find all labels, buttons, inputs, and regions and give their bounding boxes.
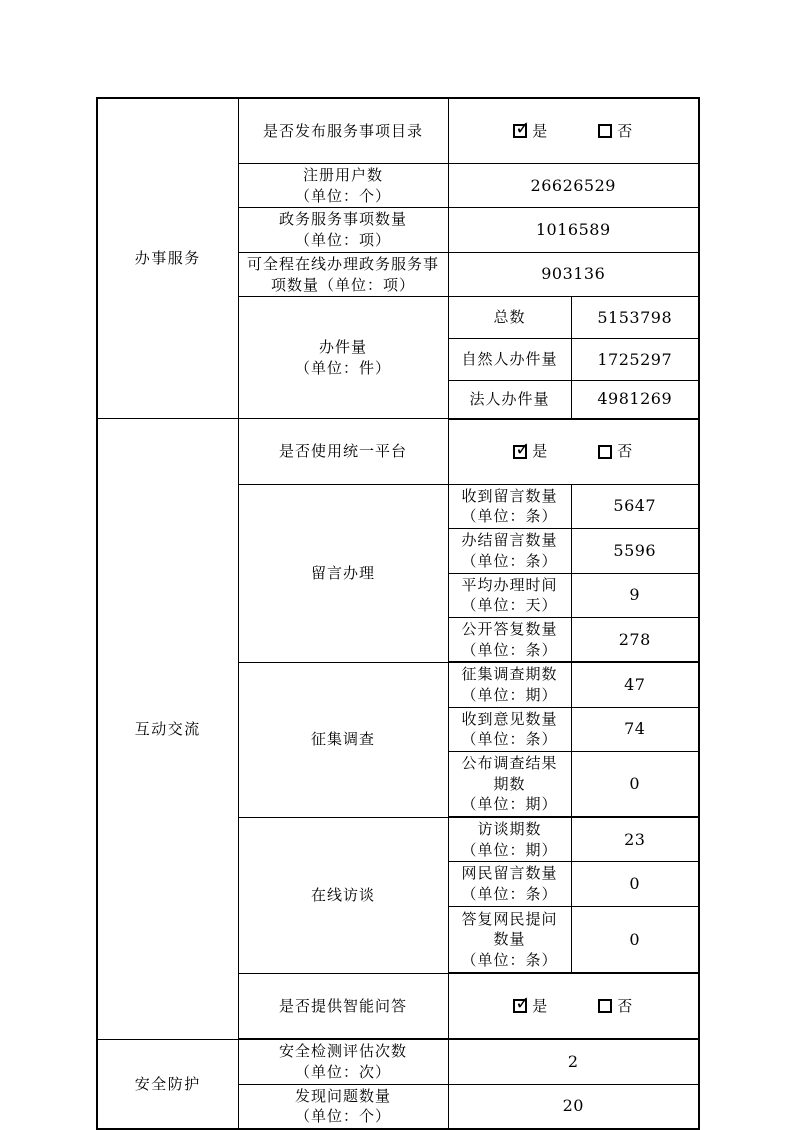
checkbox-no: 否 bbox=[598, 441, 633, 462]
section-category-security: 安全防护 bbox=[97, 1039, 238, 1129]
group-label: 征集调查 bbox=[238, 662, 448, 817]
subrow-value: 0 bbox=[571, 862, 699, 906]
checkbox-yes: ✓ 是 bbox=[513, 996, 548, 1017]
section-category-service: 办事服务 bbox=[97, 98, 238, 419]
check-icon: ✓ bbox=[515, 120, 530, 138]
table-row: 安全防护 安全检测评估次数 （单位：次） 2 bbox=[97, 1039, 699, 1084]
group-label: 留言办理 bbox=[238, 484, 448, 662]
subrow-value: 278 bbox=[571, 617, 699, 662]
subrow-label: 平均办理时间 （单位：天） bbox=[448, 573, 571, 617]
row-value: 26626529 bbox=[448, 164, 699, 208]
subrow-label: 网民留言数量 （单位：条） bbox=[448, 862, 571, 906]
subrow-label: 法人办件量 bbox=[448, 381, 571, 419]
checked-checkbox-icon: ✓ bbox=[513, 999, 527, 1013]
subrow-label: 答复网民提问 数量 （单位：条） bbox=[448, 906, 571, 973]
checkbox-no-label: 否 bbox=[617, 441, 633, 462]
section-category-interaction: 互动交流 bbox=[97, 419, 238, 1040]
row-label: 发现问题数量 （单位：个） bbox=[238, 1084, 448, 1129]
unchecked-checkbox-icon bbox=[598, 999, 612, 1013]
checked-checkbox-icon: ✓ bbox=[513, 124, 527, 138]
subrow-label: 征集调查期数 （单位：期） bbox=[448, 662, 571, 707]
subrow-label: 收到留言数量 （单位：条） bbox=[448, 484, 571, 528]
row-label: 是否发布服务事项目录 bbox=[238, 98, 448, 164]
document-page: 办事服务 是否发布服务事项目录 ✓ 是 否 注册用户数 （单位：个） 26626… bbox=[0, 0, 793, 1122]
unchecked-checkbox-icon bbox=[598, 124, 612, 138]
subrow-value: 1725297 bbox=[571, 339, 699, 381]
row-label: 安全检测评估次数 （单位：次） bbox=[238, 1039, 448, 1084]
checkbox-yes-label: 是 bbox=[532, 996, 548, 1017]
subrow-value: 4981269 bbox=[571, 381, 699, 419]
subrow-value: 0 bbox=[571, 752, 699, 818]
subrow-value: 74 bbox=[571, 707, 699, 751]
row-value: 1016589 bbox=[448, 208, 699, 252]
group-label: 办件量 （单位：件） bbox=[238, 297, 448, 419]
checkbox-yes-label: 是 bbox=[532, 441, 548, 462]
checkbox-cell: ✓ 是 否 bbox=[448, 973, 699, 1039]
table-row: 互动交流 是否使用统一平台 ✓ 是 否 bbox=[97, 419, 699, 485]
checkbox-cell: ✓ 是 否 bbox=[448, 98, 699, 164]
check-icon: ✓ bbox=[515, 995, 530, 1013]
unchecked-checkbox-icon bbox=[598, 445, 612, 459]
subrow-value: 5647 bbox=[571, 484, 699, 528]
row-value: 20 bbox=[448, 1084, 699, 1129]
subrow-label: 收到意见数量 （单位：条） bbox=[448, 707, 571, 751]
subrow-label: 总数 bbox=[448, 297, 571, 339]
subrow-label: 公开答复数量 （单位：条） bbox=[448, 617, 571, 662]
row-value: 903136 bbox=[448, 252, 699, 296]
row-label: 政务服务事项数量 （单位：项） bbox=[238, 208, 448, 252]
row-label: 是否提供智能问答 bbox=[238, 973, 448, 1039]
group-label: 在线访谈 bbox=[238, 817, 448, 973]
subrow-label: 公布调查结果 期数 （单位：期） bbox=[448, 752, 571, 818]
checkbox-yes: ✓ 是 bbox=[513, 441, 548, 462]
checkbox-yes: ✓ 是 bbox=[513, 121, 548, 142]
check-icon: ✓ bbox=[515, 441, 530, 459]
row-label: 注册用户数 （单位：个） bbox=[238, 164, 448, 208]
checkbox-no-label: 否 bbox=[617, 996, 633, 1017]
subrow-value: 9 bbox=[571, 573, 699, 617]
subrow-value: 23 bbox=[571, 817, 699, 862]
row-value: 2 bbox=[448, 1039, 699, 1084]
table-row: 办事服务 是否发布服务事项目录 ✓ 是 否 bbox=[97, 98, 699, 164]
checkbox-no-label: 否 bbox=[617, 121, 633, 142]
report-table: 办事服务 是否发布服务事项目录 ✓ 是 否 注册用户数 （单位：个） 26626… bbox=[96, 97, 700, 1130]
subrow-label: 办结留言数量 （单位：条） bbox=[448, 529, 571, 573]
checkbox-cell: ✓ 是 否 bbox=[448, 419, 699, 485]
checkbox-no: 否 bbox=[598, 121, 633, 142]
subrow-value: 0 bbox=[571, 906, 699, 973]
subrow-value: 47 bbox=[571, 662, 699, 707]
checked-checkbox-icon: ✓ bbox=[513, 445, 527, 459]
checkbox-no: 否 bbox=[598, 996, 633, 1017]
row-label: 是否使用统一平台 bbox=[238, 419, 448, 485]
subrow-label: 访谈期数 （单位：期） bbox=[448, 817, 571, 862]
subrow-value: 5596 bbox=[571, 529, 699, 573]
subrow-value: 5153798 bbox=[571, 297, 699, 339]
checkbox-yes-label: 是 bbox=[532, 121, 548, 142]
row-label: 可全程在线办理政务服务事 项数量（单位：项） bbox=[238, 252, 448, 296]
subrow-label: 自然人办件量 bbox=[448, 339, 571, 381]
